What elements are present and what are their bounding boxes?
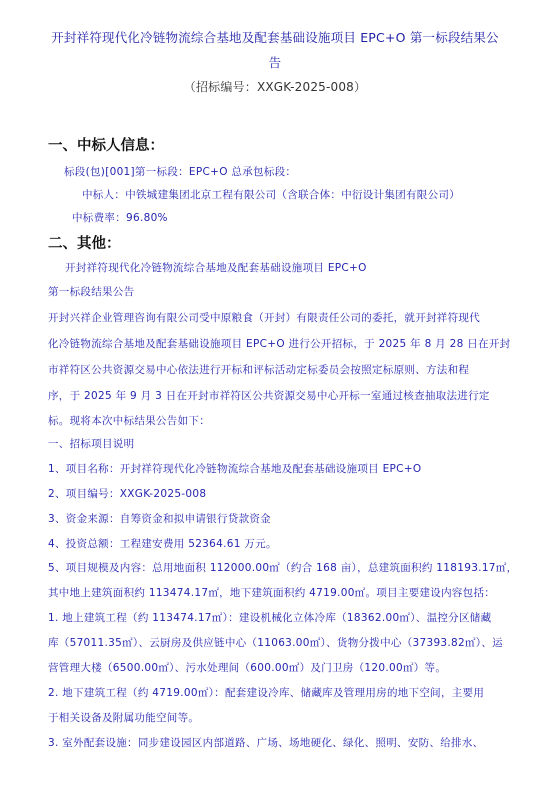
- scale-line: 营管理大楼（6500.00㎡）、污水处理间（600.00㎡）及门卫房（120.0…: [48, 660, 446, 675]
- sub-title-line1: 开封祥符现代化冷链物流综合基地及配套基础设施项目 EPC+O: [65, 260, 367, 275]
- intro-line: 序，于 2025 年 9 月 3 日在开封市祥符区公共资源交易中心开标一室通过核…: [48, 388, 490, 403]
- section1-heading: 一、中标人信息：: [48, 134, 164, 155]
- section2-heading: 二、其他：: [48, 232, 121, 253]
- scale-line: 2. 地下建筑工程（约 4719.00㎡）：配套建设冷库、储藏库及管理用房的地下…: [48, 685, 484, 700]
- project-item: 4、投资总额：工程建安费用 52364.61 万元。: [48, 536, 277, 551]
- project-item: 2、项目编号：XXGK-2025-008: [48, 486, 206, 501]
- scale-line: 3. 室外配套设施：同步建设园区内部道路、广场、场地硬化、绿化、照明、安防、给排…: [48, 735, 483, 750]
- sub-title-line2: 第一标段结果公告: [48, 284, 134, 299]
- scale-line: 于相关设备及附属功能空间等。: [48, 710, 199, 725]
- fee-rate: 中标费率：96.80%: [72, 210, 168, 225]
- scale-line: 其中地上建筑面积约 113474.17㎡，地下建筑面积约 4719.00㎡。项目…: [48, 585, 495, 600]
- lot-info: 标段(包)[001]第一标段：EPC+O 总承包标段：: [64, 164, 296, 179]
- scale-line: 库（57011.35㎡）、云厨房及供应链中心（11063.00㎡）、货物分拨中心…: [48, 635, 503, 650]
- document-title-line1: 开封祥符现代化冷链物流综合基地及配套基础设施项目 EPC+O 第一标段结果公: [0, 28, 550, 46]
- project-heading: 一、招标项目说明: [48, 436, 134, 451]
- intro-line: 化冷链物流综合基地及配套基础设施项目 EPC+O 进行公开招标，于 2025 年…: [48, 336, 510, 351]
- intro-line: 市祥符区公共资源交易中心依法进行开标和评标活动定标委员会按照定标原则、方法和程: [48, 362, 469, 377]
- scale-line: 1. 地上建筑工程（约 113474.17㎡）：建设机械化立体冷库（18362.…: [48, 610, 491, 625]
- intro-line: 开封兴祥企业管理咨询有限公司受中原粮食（开封）有限责任公司的委托，就开封祥符现代: [48, 310, 480, 325]
- project-item: 3、资金来源：自筹资金和拟申请银行贷款资金: [48, 511, 271, 526]
- scale-line: 5、项目规模及内容：总用地面积 112000.00㎡（约合 168 亩），总建筑…: [48, 560, 517, 575]
- bid-number: （招标编号：XXGK-2025-008）: [0, 78, 550, 95]
- project-item: 1、项目名称：开封祥符现代化冷链物流综合基地及配套基础设施项目 EPC+O: [48, 461, 421, 476]
- winner-info: 中标人：中铁城建集团北京工程有限公司（含联合体：中衍设计集团有限公司）: [82, 187, 460, 202]
- document-title-line2: 告: [0, 53, 550, 71]
- intro-line: 标。现将本次中标结果公告如下：: [48, 413, 210, 428]
